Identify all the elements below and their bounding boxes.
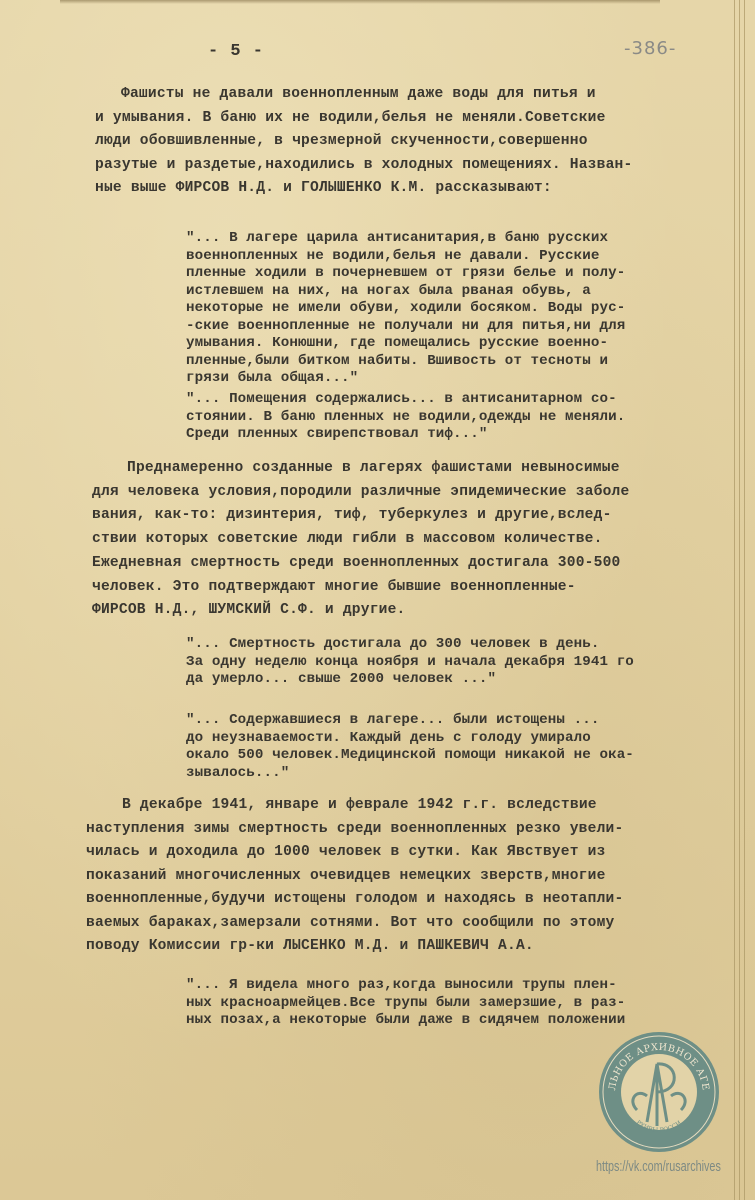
quote-block-line: грязи была общая..." bbox=[186, 370, 358, 386]
quote-block-line: пленные,были битком набиты. Вшивость от … bbox=[186, 353, 608, 369]
page-top-shadow bbox=[60, 0, 660, 4]
quote-block-line: да умерло... свыше 2000 человек ..." bbox=[186, 671, 496, 687]
quote-block-line: военнопленных не водили,белья не давали.… bbox=[186, 248, 599, 264]
archive-stamp-icon: ФЕДЕРАЛЬНОЕ АРХИВНОЕ АГЕНТСТВО АРХИВЫ РО… bbox=[597, 1030, 721, 1154]
page-number: - 5 - bbox=[208, 42, 264, 61]
quote-block-line: ных красноармейцев.Все трупы были замерз… bbox=[186, 995, 625, 1011]
quote-block-line: Среди пленных свирепствовал тиф..." bbox=[186, 426, 488, 442]
quote-block-line: "... Содержавшиеся в лагере... были исто… bbox=[186, 712, 599, 728]
quote-block-line: зывалось..." bbox=[186, 765, 289, 781]
paragraph-line: военнопленные,будучи истощены голодом и … bbox=[86, 891, 623, 907]
watermark-url: https://vk.com/rusarchives bbox=[596, 1158, 721, 1175]
paragraph-line: В декабре 1941, январе и феврале 1942 г.… bbox=[122, 797, 597, 813]
page-edge-line bbox=[739, 0, 740, 1200]
quote-block-line: до неузнаваемости. Каждый день с голоду … bbox=[186, 730, 591, 746]
paragraph-line: наступления зимы смертность среди военно… bbox=[86, 821, 623, 837]
page-edge-line bbox=[734, 0, 735, 1200]
paragraph-line: чилась и доходила до 1000 человек в сутк… bbox=[86, 844, 606, 860]
paragraph-line: ные выше ФИРСОВ Н.Д. и ГОЛЫШЕНКО К.М. ра… bbox=[95, 180, 552, 196]
quote-block-line: стоянии. В баню пленных не водили,одежды… bbox=[186, 409, 625, 425]
quote-block-line: окало 500 человек.Медицинской помощи ник… bbox=[186, 747, 634, 763]
paragraph-line: ствии которых советские люди гибли в мас… bbox=[92, 531, 603, 547]
paragraph-line: поводу Комиссии гр-ки ЛЫСЕНКО М.Д. и ПАШ… bbox=[86, 938, 534, 954]
paragraph-line: ФИРСОВ Н.Д., ШУМСКИЙ С.Ф. и другие. bbox=[92, 602, 406, 618]
paragraph-line: люди обовшивленные, в чрезмерной скученн… bbox=[95, 133, 588, 149]
paragraph-line: и умывания. В баню их не водили,белья не… bbox=[95, 110, 606, 126]
paragraph-line: вания, как-то: дизинтерия, тиф, туберкул… bbox=[92, 507, 612, 523]
paragraph-line: разутые и раздетые,находились в холодных… bbox=[95, 157, 632, 173]
paragraph-line: человек. Это подтверждают многие бывшие … bbox=[92, 579, 576, 595]
quote-block-line: умывания. Конюшни, где помещались русски… bbox=[186, 335, 608, 351]
quote-block-line: "... Я видела много раз,когда выносили т… bbox=[186, 977, 617, 993]
quote-block-line: пленные ходили в почерневшем от грязи бе… bbox=[186, 265, 625, 281]
paragraph-line: ваемых бараках,замерзали сотнями. Вот чт… bbox=[86, 915, 615, 931]
paragraph-line: показаний многочисленных очевидцев немец… bbox=[86, 868, 606, 884]
quote-block-line: За одну неделю конца ноября и начала дек… bbox=[186, 654, 634, 670]
archive-sheet-number: -386- bbox=[624, 38, 676, 59]
quote-block-line: истлевшем на них, на ногах была рваная о… bbox=[186, 283, 591, 299]
quote-block-line: "... В лагере царила антисанитария,в бан… bbox=[186, 230, 608, 246]
quote-block-line: "... Смертность достигала до 300 человек… bbox=[186, 636, 599, 652]
paragraph-line: Фашисты не давали военнопленным даже вод… bbox=[121, 86, 596, 102]
page-edge-line bbox=[744, 0, 745, 1200]
quote-block-line: ных позах,а некоторые были даже в сидяче… bbox=[186, 1012, 625, 1028]
quote-block-line: -ские военнопленные не получали ни для п… bbox=[186, 318, 625, 334]
paragraph-line: Преднамеренно созданные в лагерях фашист… bbox=[127, 460, 620, 476]
quote-block-line: некоторые не имели обуви, ходили босяком… bbox=[186, 300, 625, 316]
paragraph-line: для человека условия,породили различные … bbox=[92, 484, 629, 500]
quote-block-line: "... Помещения содержались... в антисани… bbox=[186, 391, 617, 407]
paragraph-line: Ежедневная смертность среди военнопленны… bbox=[92, 555, 621, 571]
